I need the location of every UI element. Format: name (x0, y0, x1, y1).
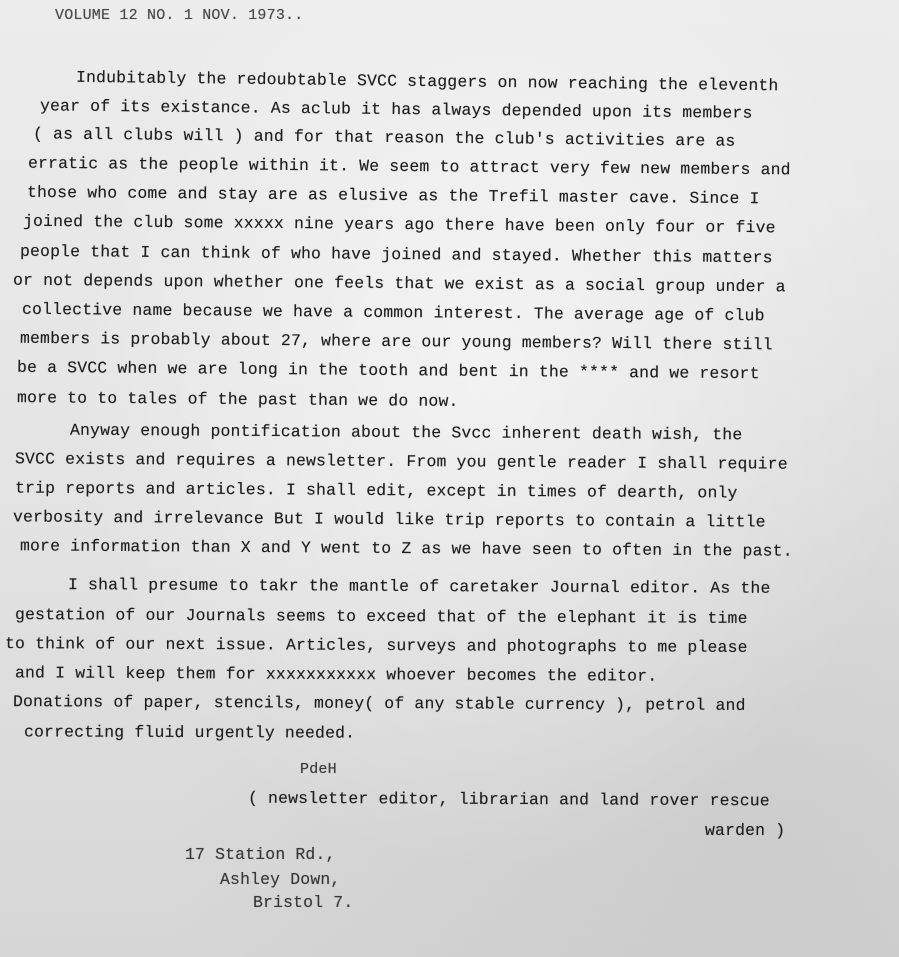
text-line: collective name because we have a common… (22, 300, 765, 326)
text-line: I shall presume to takr the mantle of ca… (68, 575, 771, 599)
text-line: correcting fluid urgently needed. (24, 722, 355, 743)
typewritten-newsletter-page: VOLUME 12 NO. 1 NOV. 1973.. Indubitably … (0, 0, 899, 957)
text-line: gestation of our Journals seems to excee… (15, 605, 748, 629)
text-line: be a SVCC when we are long in the tooth … (17, 358, 760, 384)
text-line: more information than X and Y went to Z … (20, 536, 793, 561)
volume-header: VOLUME 12 NO. 1 NOV. 1973.. (55, 6, 303, 26)
text-line: Donations of paper, stencils, money( of … (13, 692, 746, 716)
text-line: and I will keep them for xxxxxxxxxxx who… (15, 663, 657, 686)
text-line: to think of our next issue. Articles, su… (5, 634, 748, 658)
address-city: Bristol 7. (253, 893, 353, 913)
text-line: or not depends upon whether one feels th… (13, 271, 786, 298)
text-line: more to to tales of the past than we do … (17, 388, 459, 412)
address-district: Ashley Down, (220, 870, 340, 890)
text-line: SVCC exists and requires a newsletter. F… (15, 449, 788, 474)
text-line: people that I can think of who have join… (20, 242, 773, 269)
signature-name: PdeH (300, 760, 337, 780)
text-line: year of its existance. As aclub it has a… (40, 96, 753, 123)
text-line: members is probably about 27, where are … (20, 329, 773, 356)
text-line: joined the club some xxxxx nine years ag… (23, 212, 776, 239)
signature-role-continued: warden ) (705, 821, 785, 841)
text-line: Anyway enough pontification about the Sv… (70, 421, 743, 446)
signature-role: ( newsletter editor, librarian and land … (248, 789, 770, 812)
text-line: verbosity and irrelevance But I would li… (13, 507, 766, 532)
text-line: erratic as the people within it. We seem… (28, 154, 791, 181)
text-line: ( as all clubs will ) and for that reaso… (33, 124, 736, 151)
text-line: those who come and stay are as elusive a… (27, 183, 760, 209)
text-line: Indubitably the redoubtable SVCC stagger… (76, 68, 779, 97)
text-line: trip reports and articles. I shall edit,… (15, 478, 738, 503)
address-street: 17 Station Rd., (185, 845, 336, 865)
